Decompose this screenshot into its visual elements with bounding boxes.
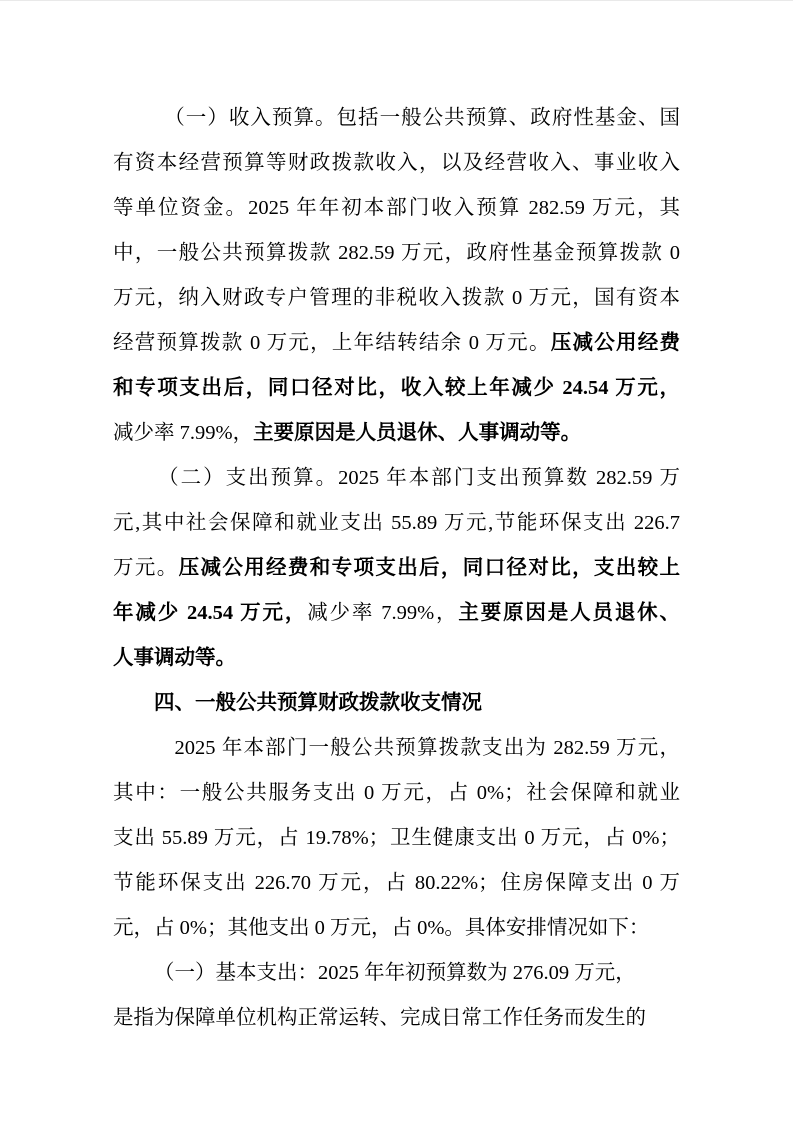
text-segment: 是指为保障单位机构正常运转、完成日常工作任务而发生的 <box>113 1007 646 1029</box>
text-line: 支出 55.89 万元，占 19.78%；卫生健康支出 0 万元，占 0%； <box>113 816 680 861</box>
text-line: （一）收入预算。包括一般公共预算、政府性基金、国 <box>113 96 680 141</box>
text-line: 万元。压减公用经费和专项支出后，同口径对比，支出较上 <box>113 546 680 591</box>
text-segment: 等单位资金。2025 年年初本部门收入预算 282.59 万元，其 <box>113 197 680 219</box>
text-line: 其中：一般公共服务支出 0 万元，占 0%；社会保障和就业 <box>113 771 680 816</box>
text-line: 节能环保支出 226.70 万元，占 80.22%；住房保障支出 0 万 <box>113 861 680 906</box>
text-segment: 减少率 7.99%， <box>113 422 253 444</box>
text-line: 四、一般公共预算财政拨款收支情况 <box>113 681 680 726</box>
text-segment: 人事调动等。 <box>113 647 236 669</box>
text-line: 经营预算拨款 0 万元，上年结转结余 0 万元。压减公用经费 <box>113 321 680 366</box>
text-line: （二）支出预算。2025 年本部门支出预算数 282.59 万 <box>113 456 680 501</box>
text-segment: 中，一般公共预算拨款 282.59 万元，政府性基金预算拨款 0 <box>113 242 680 264</box>
document-page: （一）收入预算。包括一般公共预算、政府性基金、国有资本经营预算等财政拨款收入，以… <box>0 0 793 1122</box>
text-segment: （一）基本支出：2025 年年初预算数为 276.09 万元， <box>154 962 636 984</box>
text-segment: 2025 年本部门一般公共预算拨款支出为 282.59 万元， <box>175 737 681 759</box>
text-segment: 万元。 <box>113 557 179 579</box>
text-line: 元,其中社会保障和就业支出 55.89 万元,节能环保支出 226.7 <box>113 501 680 546</box>
text-segment: 经营预算拨款 0 万元，上年结转结余 0 万元。 <box>113 332 551 354</box>
text-line: 2025 年本部门一般公共预算拨款支出为 282.59 万元， <box>113 726 680 771</box>
text-segment: （二）支出预算。2025 年本部门支出预算数 282.59 万 <box>158 467 680 489</box>
text-segment: 支出 55.89 万元，占 19.78%；卫生健康支出 0 万元，占 0%； <box>113 827 680 849</box>
para-expenditure-budget: （二）支出预算。2025 年本部门支出预算数 282.59 万元,其中社会保障和… <box>113 456 680 681</box>
text-segment: 减少率 7.99%， <box>307 602 458 624</box>
text-line: 中，一般公共预算拨款 282.59 万元，政府性基金预算拨款 0 <box>113 231 680 276</box>
text-segment: （一）收入预算。包括一般公共预算、政府性基金、国 <box>164 107 680 129</box>
text-segment: 有资本经营预算等财政拨款收入，以及经营收入、事业收入 <box>113 152 680 174</box>
text-line: （一）基本支出：2025 年年初预算数为 276.09 万元， <box>113 951 680 996</box>
text-line: 人事调动等。 <box>113 636 680 681</box>
text-line: 元，占 0%；其他支出 0 万元，占 0%。具体安排情况如下： <box>113 906 680 951</box>
text-line: 减少率 7.99%，主要原因是人员退休、人事调动等。 <box>113 411 680 456</box>
text-line: 等单位资金。2025 年年初本部门收入预算 282.59 万元，其 <box>113 186 680 231</box>
text-segment: 元，占 0%；其他支出 0 万元，占 0%。具体安排情况如下： <box>113 917 649 939</box>
text-segment: 压减公用经费 <box>551 332 680 354</box>
heading-section-four: 四、一般公共预算财政拨款收支情况 <box>113 681 680 726</box>
text-segment: 其中：一般公共服务支出 0 万元，占 0%；社会保障和就业 <box>113 782 680 804</box>
text-segment: 压减公用经费和专项支出后，同口径对比，支出较上 <box>179 557 680 579</box>
text-segment: 年减少 24.54 万元， <box>113 602 307 624</box>
text-segment: 主要原因是人员退休、 <box>458 602 680 624</box>
text-line: 是指为保障单位机构正常运转、完成日常工作任务而发生的 <box>113 996 680 1041</box>
text-segment: 元,其中社会保障和就业支出 55.89 万元,节能环保支出 226.7 <box>113 512 680 534</box>
text-segment: 节能环保支出 226.70 万元，占 80.22%；住房保障支出 0 万 <box>113 872 680 894</box>
text-segment: 万元，纳入财政专户管理的非税收入拨款 0 万元，国有资本 <box>113 287 680 309</box>
text-line: 有资本经营预算等财政拨款收入，以及经营收入、事业收入 <box>113 141 680 186</box>
para-general-public-budget-detail: 2025 年本部门一般公共预算拨款支出为 282.59 万元，其中：一般公共服务… <box>113 726 680 951</box>
page-content: （一）收入预算。包括一般公共预算、政府性基金、国有资本经营预算等财政拨款收入，以… <box>113 96 680 1041</box>
text-line: 和专项支出后，同口径对比，收入较上年减少 24.54 万元， <box>113 366 680 411</box>
para-income-budget: （一）收入预算。包括一般公共预算、政府性基金、国有资本经营预算等财政拨款收入，以… <box>113 96 680 456</box>
text-line: 年减少 24.54 万元，减少率 7.99%，主要原因是人员退休、 <box>113 591 680 636</box>
text-segment: 主要原因是人员退休、人事调动等。 <box>253 422 581 444</box>
text-segment: 四、一般公共预算财政拨款收支情况 <box>154 692 482 714</box>
text-line: 万元，纳入财政专户管理的非税收入拨款 0 万元，国有资本 <box>113 276 680 321</box>
para-basic-expenditure: （一）基本支出：2025 年年初预算数为 276.09 万元，是指为保障单位机构… <box>113 951 680 1041</box>
text-segment: 和专项支出后，同口径对比，收入较上年减少 24.54 万元， <box>113 377 680 399</box>
